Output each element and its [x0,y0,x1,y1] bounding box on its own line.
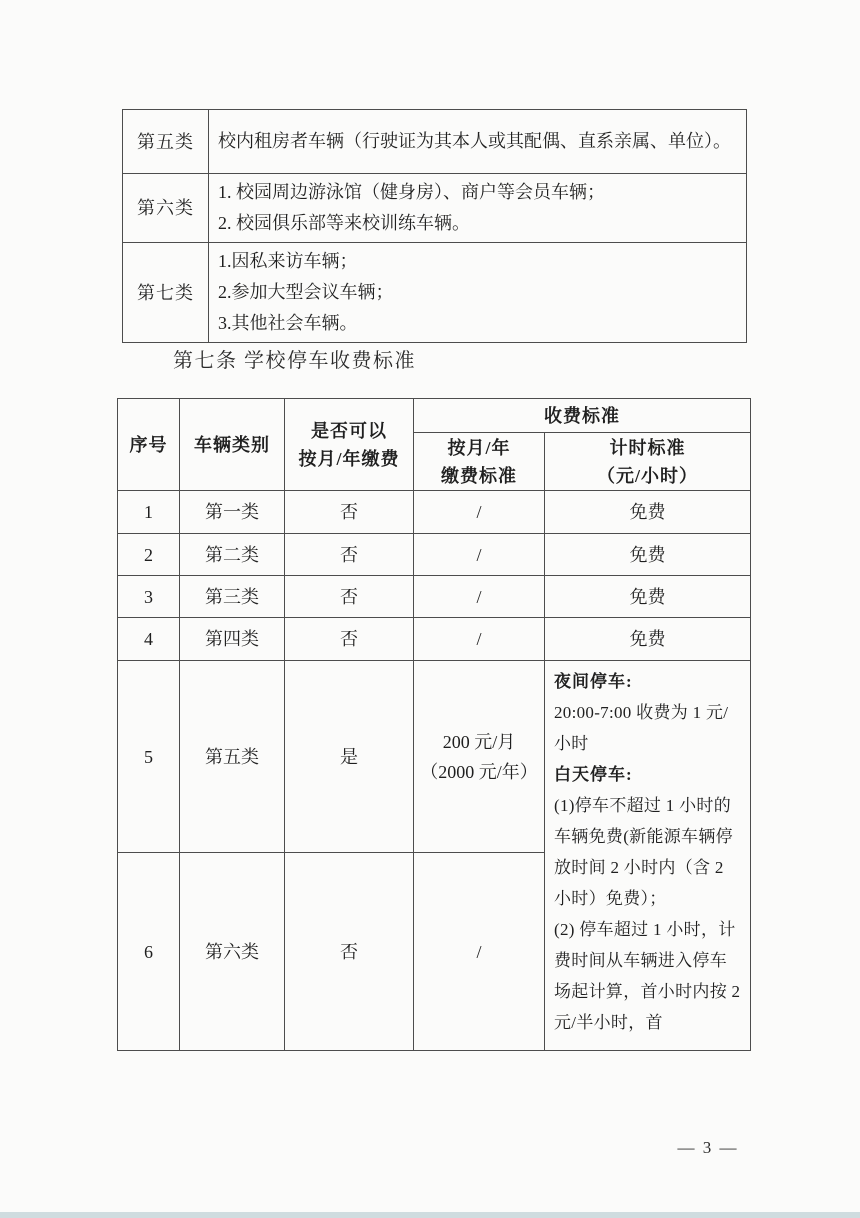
table-row: 2 第二类 否 / 免费 [118,534,751,576]
header-monthly-fee-line2: 缴费标准 [414,462,544,490]
header-monthly-allowed: 是否可以 按月/年缴费 [285,399,414,491]
cell-timed: 免费 [545,491,751,534]
vehicle-category-table: 第五类 校内租房者车辆（行驶证为其本人或其配偶、直系亲属、单位）。 第六类 1.… [122,109,747,343]
cell-monthly-allowed: 否 [285,576,414,618]
category-label: 第五类 [123,110,209,174]
cell-monthly-fee: / [414,534,545,576]
timed-detail-day-title: 白天停车: [554,759,744,790]
header-fee-group: 收费标准 [414,399,751,433]
cell-seq: 2 [118,534,180,576]
scan-bottom-edge [0,1212,860,1218]
category-description-line: 3.其他社会车辆。 [218,308,736,339]
timed-detail-night-rate: 20:00-7:00 收费为 1 元/小时 [554,697,744,759]
table-row: 4 第四类 否 / 免费 [118,618,751,661]
timed-detail-day-rule1: (1)停车不超过 1 小时的车辆免费(新能源车辆停放时间 2 小时内（含 2 小… [554,790,744,914]
cell-monthly-fee: / [414,618,545,661]
category-description-line: 2.参加大型会议车辆； [218,277,736,308]
parking-fee-table: 序号 车辆类别 是否可以 按月/年缴费 收费标准 按月/年 缴费标准 计时标准 … [117,398,751,1051]
page-number: — 3 — [668,1138,748,1158]
cell-category: 第一类 [180,491,285,534]
category-label: 第六类 [123,174,209,243]
category-description: 1. 校园周边游泳馆（健身房）、商户等会员车辆； 2. 校园俱乐部等来校训练车辆… [209,174,747,243]
cell-monthly-allowed: 是 [285,661,414,853]
document-page: 第五类 校内租房者车辆（行驶证为其本人或其配偶、直系亲属、单位）。 第六类 1.… [0,0,860,1218]
cell-timed-detail: 夜间停车: 20:00-7:00 收费为 1 元/小时 白天停车: (1)停车不… [545,661,751,1051]
header-timed-standard-line1: 计时标准 [545,434,750,462]
cell-category: 第二类 [180,534,285,576]
category-description: 校内租房者车辆（行驶证为其本人或其配偶、直系亲属、单位）。 [209,110,747,174]
header-monthly-fee-line1: 按月/年 [414,434,544,462]
cell-monthly-fee: 200 元/月 （2000 元/年） [414,661,545,853]
category-description-line: 2. 校园俱乐部等来校训练车辆。 [218,208,736,239]
cell-seq: 6 [118,853,180,1051]
cell-category: 第四类 [180,618,285,661]
timed-detail-day-rule2: (2) 停车超过 1 小时，计费时间从车辆进入停车场起计算，首小时内按 2 元/… [554,914,744,1038]
header-seq: 序号 [118,399,180,491]
table-header-row: 序号 车辆类别 是否可以 按月/年缴费 收费标准 [118,399,751,433]
cell-monthly-fee-line2: （2000 元/年） [414,757,544,787]
category-label: 第七类 [123,243,209,343]
table-row: 第七类 1.因私来访车辆； 2.参加大型会议车辆； 3.其他社会车辆。 [123,243,747,343]
timed-detail-night-title: 夜间停车: [554,666,744,697]
table-row: 第六类 1. 校园周边游泳馆（健身房）、商户等会员车辆； 2. 校园俱乐部等来校… [123,174,747,243]
section-heading: 第七条 学校停车收费标准 [173,344,416,373]
cell-monthly-allowed: 否 [285,853,414,1051]
cell-seq: 3 [118,576,180,618]
cell-timed: 免费 [545,618,751,661]
cell-monthly-allowed: 否 [285,534,414,576]
cell-category: 第六类 [180,853,285,1051]
cell-monthly-fee: / [414,491,545,534]
cell-category: 第三类 [180,576,285,618]
cell-category: 第五类 [180,661,285,853]
cell-monthly-fee: / [414,853,545,1051]
table-row: 1 第一类 否 / 免费 [118,491,751,534]
table-row: 5 第五类 是 200 元/月 （2000 元/年） 夜间停车: 20:00-7… [118,661,751,853]
header-category: 车辆类别 [180,399,285,491]
cell-seq: 5 [118,661,180,853]
table-row: 3 第三类 否 / 免费 [118,576,751,618]
cell-monthly-fee: / [414,576,545,618]
category-description: 1.因私来访车辆； 2.参加大型会议车辆； 3.其他社会车辆。 [209,243,747,343]
category-description-line: 校内租房者车辆（行驶证为其本人或其配偶、直系亲属、单位）。 [218,126,736,157]
cell-seq: 4 [118,618,180,661]
header-monthly-allowed-line1: 是否可以 [285,417,413,445]
category-description-line: 1. 校园周边游泳馆（健身房）、商户等会员车辆； [218,177,736,208]
cell-monthly-allowed: 否 [285,618,414,661]
category-description-line: 1.因私来访车辆； [218,246,736,277]
header-timed-standard-line2: （元/小时） [545,462,750,490]
cell-seq: 1 [118,491,180,534]
cell-timed: 免费 [545,576,751,618]
header-monthly-fee: 按月/年 缴费标准 [414,433,545,491]
table-row: 第五类 校内租房者车辆（行驶证为其本人或其配偶、直系亲属、单位）。 [123,110,747,174]
cell-monthly-fee-line1: 200 元/月 [414,727,544,757]
header-timed-standard: 计时标准 （元/小时） [545,433,751,491]
cell-monthly-allowed: 否 [285,491,414,534]
header-monthly-allowed-line2: 按月/年缴费 [285,445,413,473]
cell-timed: 免费 [545,534,751,576]
